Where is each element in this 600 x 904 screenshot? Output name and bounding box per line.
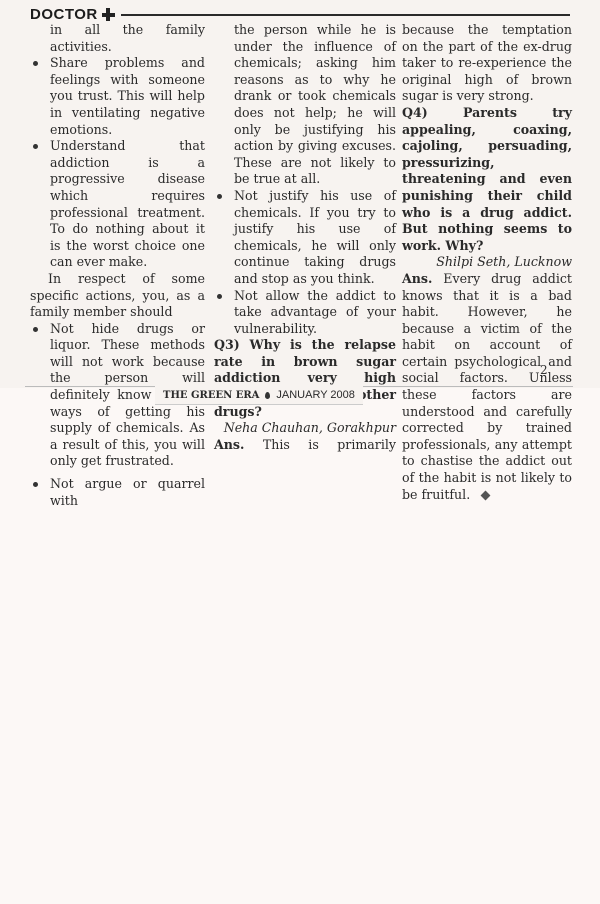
- bullet-icon: [33, 482, 38, 487]
- paragraph: In respect of some specific actions, you…: [30, 271, 205, 321]
- header-rule: [121, 14, 570, 16]
- list-item: Share problems and feelings with someone…: [30, 55, 205, 138]
- paragraph: because the temptation on the part of th…: [402, 22, 572, 105]
- column-3: because the temptation on the part of th…: [402, 22, 572, 503]
- section-header: DOCTOR: [30, 6, 600, 23]
- bullet-icon: [217, 194, 222, 199]
- issue-date: JANUARY 2008: [276, 389, 354, 401]
- question-3: Q3) Why is the relapse rate in brown sug…: [214, 337, 396, 420]
- bullet-icon: [217, 294, 222, 299]
- list-item: Not justify his use of chemicals. If you…: [214, 188, 396, 288]
- paragraph: the person while he is under the influen…: [214, 22, 396, 188]
- bullet-icon: [33, 144, 38, 149]
- answer-3: Ans. This is primarily: [214, 437, 396, 454]
- question-4: Q4) Parents try appealing, coaxing, cajo…: [402, 105, 572, 254]
- paragraph: in all the family activities.: [30, 22, 205, 55]
- plus-cross-icon: [102, 8, 115, 21]
- publication-name: THE GREEN ERA: [163, 390, 259, 401]
- list-item: Understand that addiction is a progressi…: [30, 138, 205, 271]
- bullet-icon: [33, 327, 38, 332]
- byline: Neha Chauhan, Gorakhpur: [214, 420, 396, 437]
- drop-icon: [265, 392, 270, 399]
- answer-4: Ans. Every drug addict knows that it is …: [402, 271, 572, 503]
- list-item: Not allow the addict to take advantage o…: [214, 288, 396, 338]
- bullet-icon: [33, 61, 38, 66]
- section-title: DOCTOR: [30, 6, 98, 23]
- page-footer: THE GREEN ERA JANUARY 2008: [155, 386, 363, 405]
- byline: Shilpi Seth, Lucknow: [402, 254, 572, 271]
- handwritten-page-mark: 2: [540, 363, 548, 377]
- column-1: in all the family activities. Share prob…: [30, 22, 205, 509]
- diamond-end-icon: [481, 490, 491, 500]
- list-item: Not argue or quarrel with: [30, 476, 205, 509]
